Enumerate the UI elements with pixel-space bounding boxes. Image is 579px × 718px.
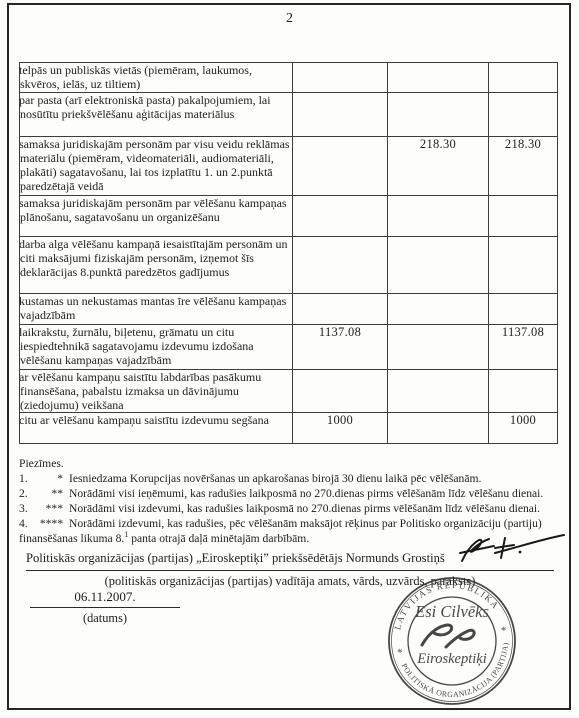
- note-item: 3. *** Norādāmi visi izdevumi, kas raduš…: [19, 501, 564, 516]
- value-cell: [388, 325, 489, 370]
- value-cell: [388, 63, 489, 93]
- note-item: 4. **** Norādāmi izdevumi, kas radušies,…: [19, 516, 564, 531]
- handwritten-signature-icon: [448, 531, 568, 571]
- row-label-cell: 5) darba alga vēlēšanu kampaņā iesaistīt…: [20, 237, 293, 294]
- value-cell: [293, 196, 388, 237]
- table-row: 4) samaksa juridiskajām personām par vēl…: [20, 196, 558, 237]
- note-number: 3.: [19, 501, 33, 516]
- row-label-cell: 7) laikrakstu, žurnālu, biļetenu, grāmat…: [20, 325, 293, 370]
- table-row: 9) citu ar vēlēšanu kampaņu saistītu izd…: [20, 413, 558, 444]
- value-cell: [293, 237, 388, 294]
- value-cell: 1137.08: [489, 325, 558, 370]
- value-cell: [293, 93, 388, 137]
- value-cell: [293, 370, 388, 413]
- value-cell: [293, 63, 388, 93]
- note-asterisks: ****: [33, 516, 69, 531]
- value-cell: 1000: [489, 413, 558, 444]
- value-cell: [489, 370, 558, 413]
- party-seal-stamp: LATVIJAS REPUBLIKA POLITISKĀ ORGANIZĀCIJ…: [382, 571, 522, 711]
- value-cell: [388, 196, 489, 237]
- value-cell: [293, 137, 388, 196]
- stamp-star-left: *: [396, 647, 404, 660]
- note-item: 2. ** Norādāmi visi ieņēmumi, kas raduši…: [19, 486, 564, 501]
- note-text: finansēšanas likuma 8.: [19, 532, 124, 545]
- note-text: panta otrajā daļā minētajām darbībām.: [128, 532, 309, 545]
- note-number: 1.: [19, 471, 33, 486]
- table-row: 5) darba alga vēlēšanu kampaņā iesaistīt…: [20, 237, 558, 294]
- value-cell: [388, 294, 489, 325]
- table-row: 7) laikrakstu, žurnālu, biļetenu, grāmat…: [20, 325, 558, 370]
- value-cell: [388, 237, 489, 294]
- note-text: Norādāmi visi izdevumi, kas radušies lai…: [69, 501, 564, 516]
- value-cell: [489, 196, 558, 237]
- stamp-party-name-text: Eiroskeptiķi: [416, 651, 487, 667]
- value-cell: [489, 237, 558, 294]
- page-number: 2: [0, 11, 579, 27]
- table-row: 8) ar vēlēšanu kampaņu saistītu labdarīb…: [20, 370, 558, 413]
- value-cell: 218.30: [388, 137, 489, 196]
- note-text: Norādāmi visi ieņēmumi, kas radušies lai…: [69, 486, 564, 501]
- note-number: 2.: [19, 486, 33, 501]
- value-cell: [388, 93, 489, 137]
- row-label-cell: 4) samaksa juridiskajām personām par vēl…: [20, 196, 293, 237]
- value-cell: [489, 93, 558, 137]
- table-row: 2) par pasta (arī elektroniskā pasta) pa…: [20, 93, 558, 137]
- table-row: h) telpās un publiskās vietās (piemēram,…: [20, 63, 558, 93]
- value-cell: [489, 63, 558, 93]
- table-row: 6) kustamas un nekustamas mantas īre vēl…: [20, 294, 558, 325]
- scanned-declaration-page: 2 h) telpās un publiskās vietās (piemēra…: [0, 0, 579, 718]
- value-cell: [293, 294, 388, 325]
- value-cell: [489, 294, 558, 325]
- date-value: 06.11.2007.: [30, 589, 180, 608]
- note-asterisks: *: [33, 471, 69, 486]
- row-label-cell: 8) ar vēlēšanu kampaņu saistītu labdarīb…: [20, 370, 293, 413]
- note-asterisks: ***: [33, 501, 69, 516]
- row-label-cell: 3) samaksa juridiskajām personām par vis…: [20, 137, 293, 196]
- row-label-cell: 6) kustamas un nekustamas mantas īre vēl…: [20, 294, 293, 325]
- value-cell: [388, 370, 489, 413]
- election-expenses-table: h) telpās un publiskās vietās (piemēram,…: [19, 62, 558, 444]
- value-cell: 1137.08: [293, 325, 388, 370]
- row-label-cell: 2) par pasta (arī elektroniskā pasta) pa…: [20, 93, 293, 137]
- notes-heading: Piezīmes.: [19, 456, 564, 471]
- value-cell: 218.30: [489, 137, 558, 196]
- table-row: 3) samaksa juridiskajām personām par vis…: [20, 137, 558, 196]
- stamp-motto-text: Esi Cilvēks: [414, 602, 489, 621]
- stamp-wave-icon: [422, 625, 474, 647]
- note-text: Iesniedzama Korupcijas novēršanas un apk…: [69, 471, 564, 486]
- value-cell: [388, 413, 489, 444]
- date-caption: (datums): [30, 611, 180, 626]
- row-label-cell: h) telpās un publiskās vietās (piemēram,…: [20, 63, 293, 93]
- stamp-star-right: *: [500, 625, 508, 638]
- note-asterisks: **: [33, 486, 69, 501]
- value-cell: 1000: [293, 413, 388, 444]
- note-text: Norādāmi izdevumi, kas radušies, pēc vēl…: [69, 516, 564, 531]
- row-label-cell: 9) citu ar vēlēšanu kampaņu saistītu izd…: [20, 413, 293, 444]
- note-item: 1. * Iesniedzama Korupcijas novēršanas u…: [19, 471, 564, 486]
- note-number: 4.: [19, 516, 33, 531]
